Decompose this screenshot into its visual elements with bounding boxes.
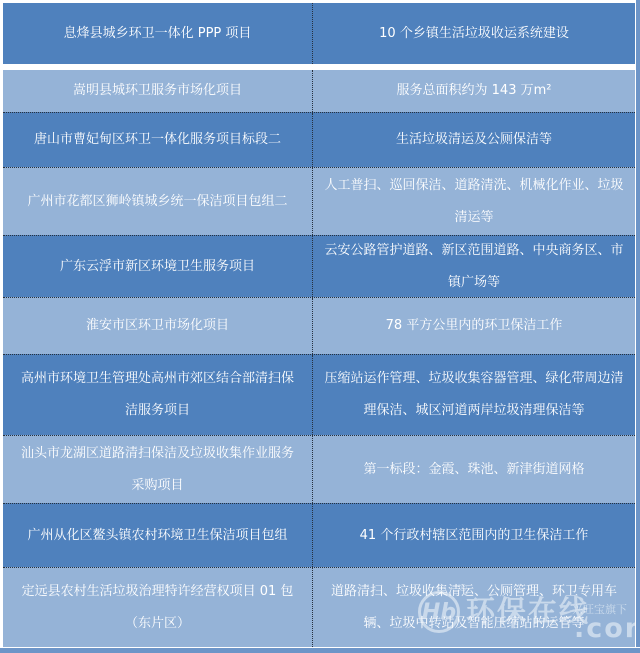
project-name-cell: 广州从化区鳌头镇农村环境卫生保洁项目包组 [3,504,312,567]
service-scope-cell: 服务总面积约为 143 万m² [312,70,635,112]
project-name-cell: 淮安市区环卫市场化项目 [3,298,312,354]
project-table: 息烽县城乡环卫一体化 PPP 项目 10 个乡镇生活垃圾收运系统建设 嵩明县城环… [3,3,635,647]
table-row: 淮安市区环卫市场化项目 78 平方公里内的环卫保洁工作 [3,297,635,354]
project-name-cell: 高州市环境卫生管理处高州市郊区结合部清扫保洁服务项目 [3,355,312,435]
service-scope-cell: 生活垃圾清运及公厕保洁等 [312,113,635,167]
project-name-cell: 广州市花都区狮岭镇城乡统一保洁项目包组二 [3,168,312,235]
table-row: 高州市环境卫生管理处高州市郊区结合部清扫保洁服务项目 压缩站运作管理、垃圾收集容… [3,354,635,435]
table-row: 广州从化区鳌头镇农村环境卫生保洁项目包组 41 个行政村辖区范围内的卫生保洁工作 [3,503,635,567]
table-row: 息烽县城乡环卫一体化 PPP 项目 10 个乡镇生活垃圾收运系统建设 [3,3,635,64]
table-row: 汕头市龙湖区道路清扫保洁及垃圾收集作业服务采购项目 第一标段：金霞、珠池、新津街… [3,435,635,503]
project-name-cell: 广东云浮市新区环境卫生服务项目 [3,236,312,297]
table-row: 嵩明县城环卫服务市场化项目 服务总面积约为 143 万m² [3,64,635,112]
table-outer-border-bottom [0,647,640,653]
service-scope-cell: 压缩站运作管理、垃圾收集容器管理、绿化带周边清理保洁、城区河道两岸垃圾清理保洁等 [312,355,635,435]
service-scope-cell: 78 平方公里内的环卫保洁工作 [312,298,635,354]
service-scope-cell: 10 个乡镇生活垃圾收运系统建设 [312,3,635,64]
table-outer-border-right [635,0,640,653]
project-name-cell: 唐山市曹妃甸区环卫一体化服务项目标段二 [3,113,312,167]
table-row: 广州市花都区狮岭镇城乡统一保洁项目包组二 人工普扫、巡回保洁、道路清洗、机械化作… [3,167,635,235]
project-name-cell: 嵩明县城环卫服务市场化项目 [3,70,312,112]
page: 息烽县城乡环卫一体化 PPP 项目 10 个乡镇生活垃圾收运系统建设 嵩明县城环… [0,0,640,653]
project-name-cell: 定远县农村生活垃圾治理特许经营权项目 01 包（东片区） [3,568,312,647]
table-row: 广东云浮市新区环境卫生服务项目 云安公路管护道路、新区范围道路、中央商务区、市镇… [3,235,635,297]
project-name-cell: 息烽县城乡环卫一体化 PPP 项目 [3,3,312,64]
service-scope-cell: 云安公路管护道路、新区范围道路、中央商务区、市镇广场等 [312,236,635,297]
table-row: 唐山市曹妃甸区环卫一体化服务项目标段二 生活垃圾清运及公厕保洁等 [3,112,635,167]
service-scope-cell: 人工普扫、巡回保洁、道路清洗、机械化作业、垃圾清运等 [312,168,635,235]
service-scope-cell: 41 个行政村辖区范围内的卫生保洁工作 [312,504,635,567]
service-scope-cell: 第一标段：金霞、珠池、新津街道网格 [312,436,635,503]
service-scope-cell: 道路清扫、垃圾收集清运、公厕管理、环卫专用车辆、垃圾中转站及智能压缩站的运管等 [312,568,635,647]
table-row: 定远县农村生活垃圾治理特许经营权项目 01 包（东片区） 道路清扫、垃圾收集清运… [3,567,635,647]
project-name-cell: 汕头市龙湖区道路清扫保洁及垃圾收集作业服务采购项目 [3,436,312,503]
